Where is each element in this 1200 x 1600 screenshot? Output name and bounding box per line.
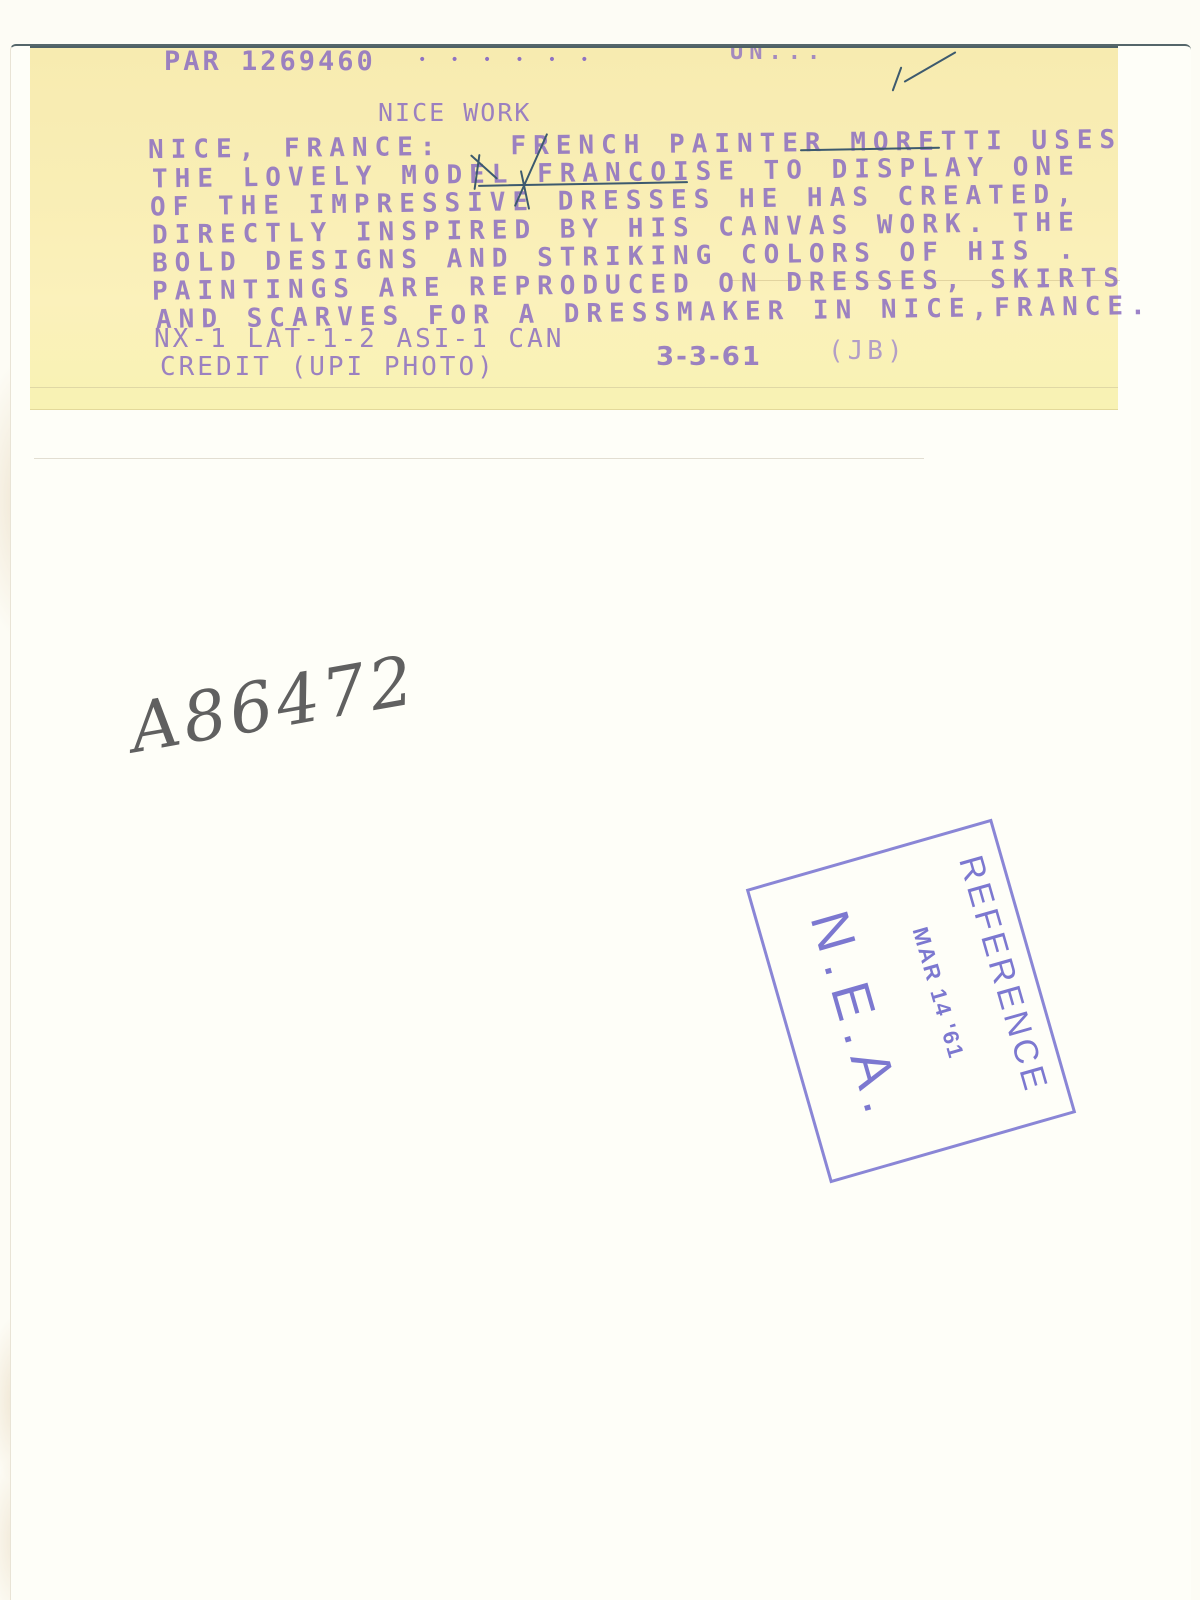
editor-initials: (JB) xyxy=(828,336,907,366)
caption-date: 3-3-61 xyxy=(656,342,762,372)
dot-leader: •••••• xyxy=(418,52,613,68)
headline: NICE WORK xyxy=(378,98,531,127)
photo-credit: CREDIT (UPI PHOTO) xyxy=(160,352,496,382)
photo-number: PAR 1269460 xyxy=(164,46,376,77)
backing-fold-line xyxy=(34,408,924,459)
routing-codes: NX-1 LAT-1-2 ASI-1 CAN xyxy=(154,324,564,354)
